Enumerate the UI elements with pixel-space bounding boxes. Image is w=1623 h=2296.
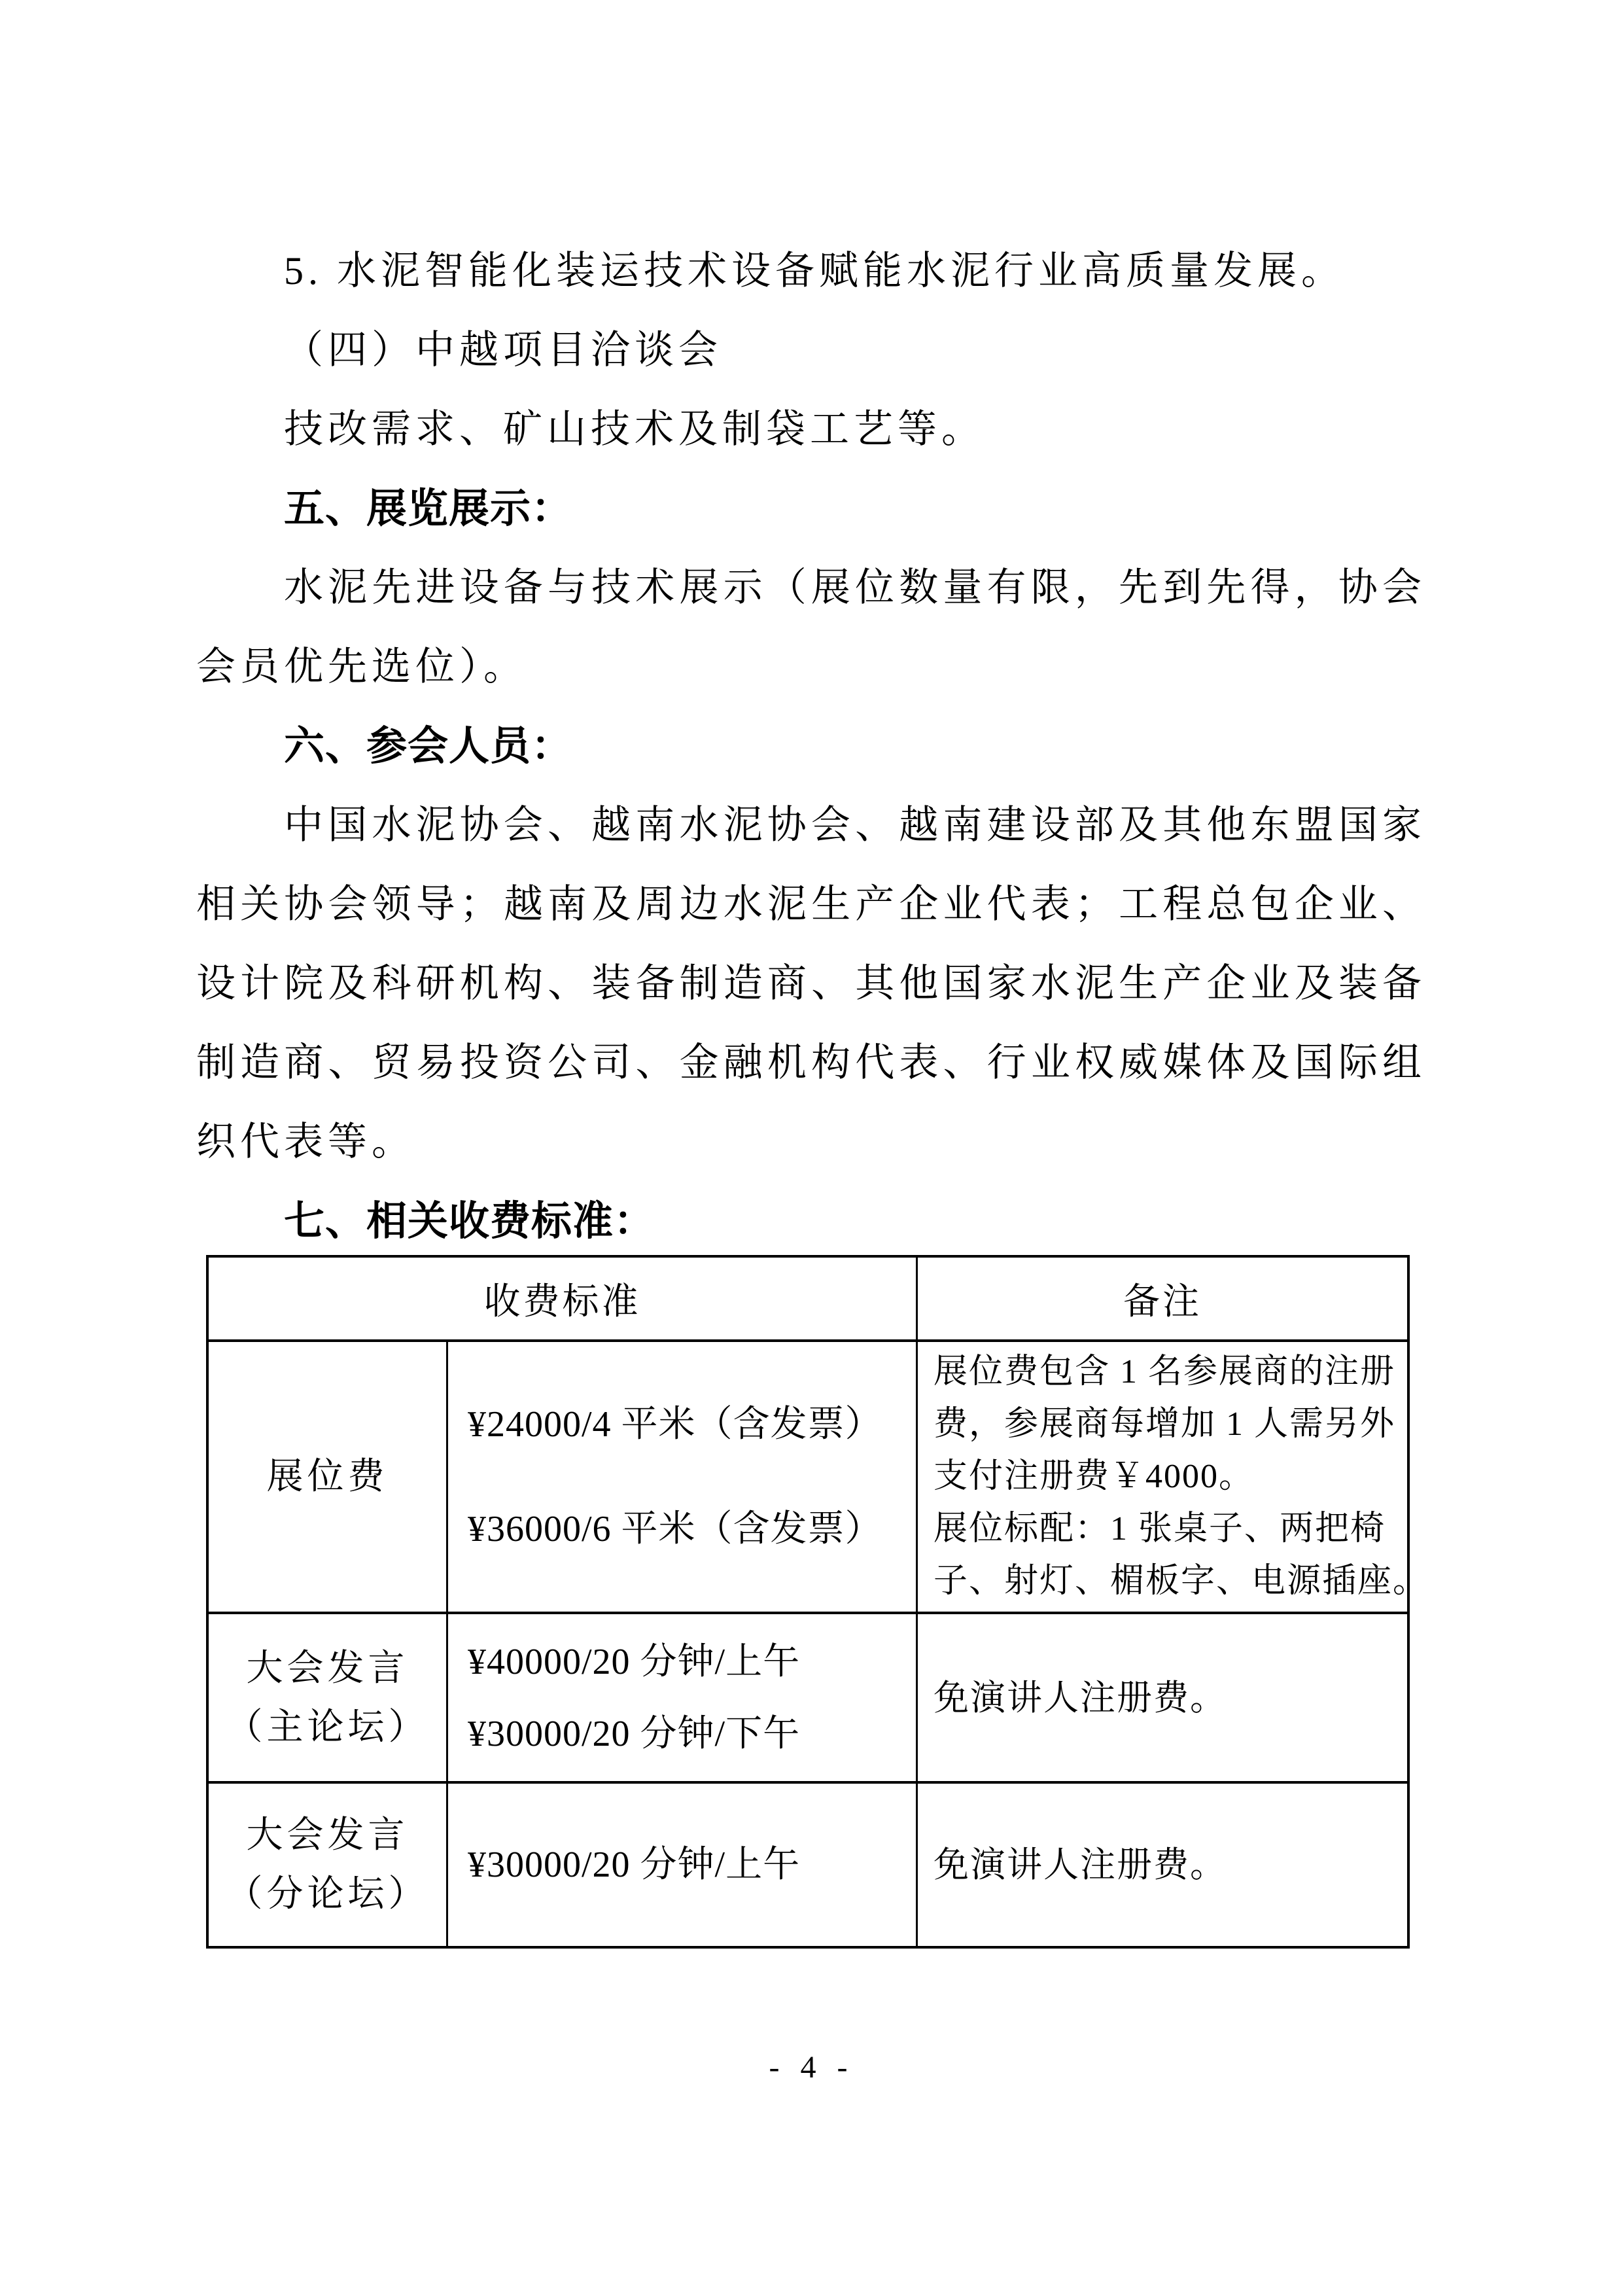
table-header-label: 收费标准 <box>484 1273 641 1325</box>
section-heading-7: 七、相关收费标准： <box>196 1182 1426 1261</box>
table-cell-line: 免演讲人注册费。 <box>934 1839 1227 1891</box>
fee-table: 收费标准 备注 展位费 ¥24000/4 平米（含发票） ¥36000/6 平米… <box>206 1255 1410 1949</box>
table-cell-line: （主论坛） <box>226 1698 429 1757</box>
paragraph-line: 水泥先进设备与技术展示（展位数量有限，先到先得，协会 <box>196 548 1426 627</box>
paragraph-line: 织代表等。 <box>196 1103 1426 1182</box>
table-cell-line: 大会发言 <box>247 1806 409 1865</box>
table-cell-line: 费，参展商每增加 1 人需另外 <box>934 1398 1395 1451</box>
table-cell-fee-booth: ¥24000/4 平米（含发票） ¥36000/6 平米（含发票） <box>446 1339 916 1612</box>
table-cell-line: ¥24000/4 平米（含发票） <box>468 1404 882 1445</box>
paragraph-line: （四）中越项目洽谈会 <box>196 311 1426 390</box>
table-header-fee-standard: 收费标准 <box>209 1258 916 1339</box>
paragraph-line: 5. 水泥智能化装运技术设备赋能水泥行业高质量发展。 <box>196 232 1426 311</box>
table-cell-line: 免演讲人注册费。 <box>934 1672 1227 1724</box>
document-body: 5. 水泥智能化装运技术设备赋能水泥行业高质量发展。 （四）中越项目洽谈会 技改… <box>196 232 1426 1261</box>
paragraph-line: 相关协会领导；越南及周边水泥生产企业代表；工程总包企业、 <box>196 865 1426 944</box>
table-cell-note-booth: 展位费包含 1 名参展商的注册 费，参展商每增加 1 人需另外 支付注册费￥40… <box>916 1339 1407 1612</box>
table-cell-line: 展位标配：1 张桌子、两把椅 <box>934 1503 1386 1555</box>
paragraph-line: 设计院及科研机构、装备制造商、其他国家水泥生产企业及装备 <box>196 944 1426 1023</box>
table-cell-line: ¥36000/6 平米（含发票） <box>468 1509 882 1549</box>
paragraph-line: 中国水泥协会、越南水泥协会、越南建设部及其他东盟国家 <box>196 786 1426 865</box>
table-cell-item-speech-sub: 大会发言 （分论坛） <box>209 1781 446 1946</box>
table-cell-fee-speech-main: ¥40000/20 分钟/上午 ¥30000/20 分钟/下午 <box>446 1612 916 1781</box>
table-cell-line: （分论坛） <box>226 1865 429 1924</box>
page-number: - 4 - <box>0 2048 1623 2087</box>
table-header-label: 备注 <box>1123 1273 1202 1325</box>
section-heading-6: 六、参会人员： <box>196 707 1426 786</box>
table-cell-line: 展位费包含 1 名参展商的注册 <box>934 1346 1395 1398</box>
table-cell-line: 展位费 <box>267 1447 389 1506</box>
section-heading-5: 五、展览展示： <box>196 469 1426 548</box>
paragraph-line: 技改需求、矿山技术及制袋工艺等。 <box>196 390 1426 469</box>
table-cell-line: ¥30000/20 分钟/上午 <box>468 1845 800 1885</box>
table-cell-note-speech-main: 免演讲人注册费。 <box>916 1612 1407 1781</box>
table-cell-line: 子、射灯、楣板字、电源插座。 <box>934 1555 1428 1608</box>
table-cell-line: ¥30000/20 分钟/下午 <box>468 1714 800 1754</box>
table-cell-line: 支付注册费￥4000。 <box>934 1451 1254 1503</box>
table-cell-note-speech-sub: 免演讲人注册费。 <box>916 1781 1407 1946</box>
paragraph-line: 会员优先选位）。 <box>196 627 1426 707</box>
paragraph-line: 制造商、贸易投资公司、金融机构代表、行业权威媒体及国际组 <box>196 1023 1426 1103</box>
table-cell-fee-speech-sub: ¥30000/20 分钟/上午 <box>446 1781 916 1946</box>
table-cell-line: ¥40000/20 分钟/上午 <box>468 1642 800 1682</box>
table-cell-item-booth-fee: 展位费 <box>209 1339 446 1612</box>
table-header-remark: 备注 <box>916 1258 1407 1339</box>
table-cell-item-speech-main: 大会发言 （主论坛） <box>209 1612 446 1781</box>
document-page: 5. 水泥智能化装运技术设备赋能水泥行业高质量发展。 （四）中越项目洽谈会 技改… <box>0 0 1623 2296</box>
table-cell-line: 大会发言 <box>247 1639 409 1698</box>
